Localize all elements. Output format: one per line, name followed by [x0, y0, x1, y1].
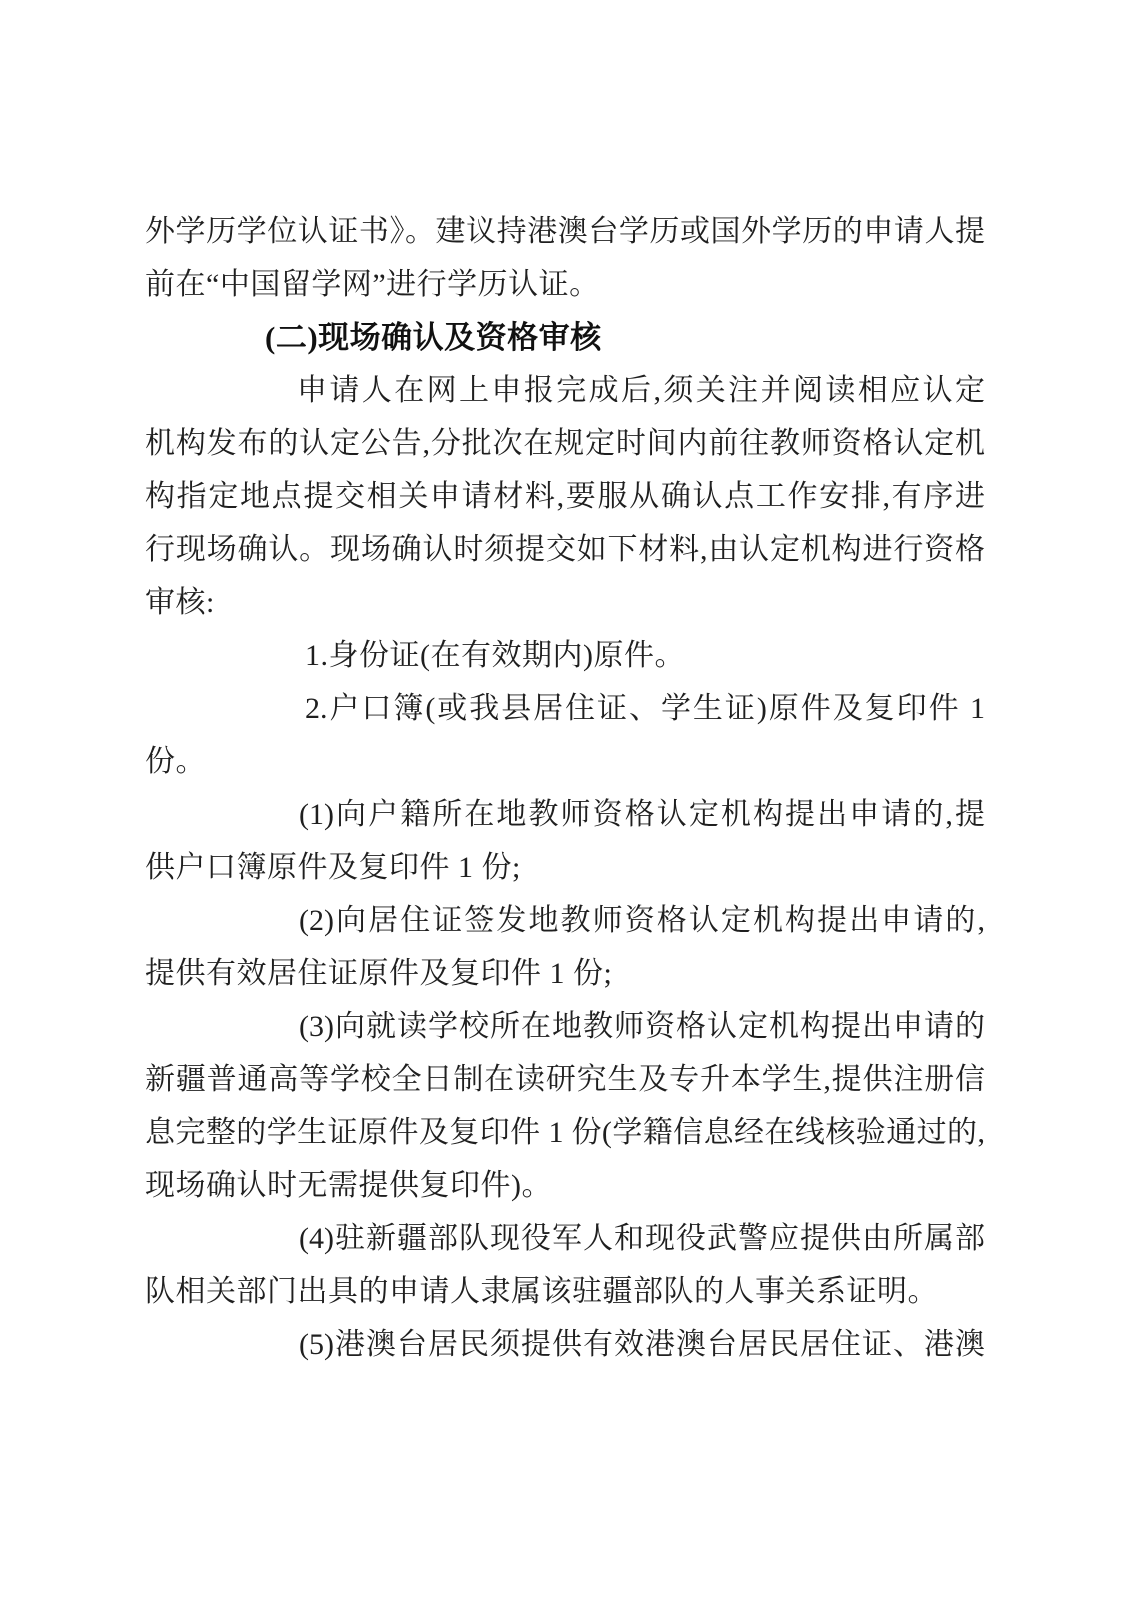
- text-line: 审核:: [145, 576, 985, 629]
- text-line: (1)向户籍所在地教师资格认定机构提出申请的,提: [145, 788, 985, 841]
- text-line: (5)港澳台居民须提供有效港澳台居民居住证、港澳: [145, 1318, 985, 1371]
- text-line: 前在“中国留学网”进行学历认证。: [145, 258, 985, 311]
- text-line: 申请人在网上申报完成后,须关注并阅读相应认定: [145, 364, 985, 417]
- text-line: (4)驻新疆部队现役军人和现役武警应提供由所属部: [145, 1212, 985, 1265]
- text-line: 2.户口簿(或我县居住证、学生证)原件及复印件 1: [145, 682, 985, 735]
- text-line: 供户口簿原件及复印件 1 份;: [145, 841, 985, 894]
- text-line: 外学历学位认证书》。建议持港澳台学历或国外学历的申请人提: [145, 205, 985, 258]
- text-line: (3)向就读学校所在地教师资格认定机构提出申请的: [145, 1000, 985, 1053]
- text-line: 行现场确认。现场确认时须提交如下材料,由认定机构进行资格: [145, 523, 985, 576]
- text-line: 现场确认时无需提供复印件)。: [145, 1159, 985, 1212]
- text-line: 机构发布的认定公告,分批次在规定时间内前往教师资格认定机: [145, 417, 985, 470]
- text-line: 息完整的学生证原件及复印件 1 份(学籍信息经在线核验通过的,: [145, 1106, 985, 1159]
- text-line: (2)向居住证签发地教师资格认定机构提出申请的,: [145, 894, 985, 947]
- text-line: 构指定地点提交相关申请材料,要服从确认点工作安排,有序进: [145, 470, 985, 523]
- text-line: 份。: [145, 735, 985, 788]
- text-line: 提供有效居住证原件及复印件 1 份;: [145, 947, 985, 1000]
- text-line: 1.身份证(在有效期内)原件。: [145, 629, 985, 682]
- text-line: 队相关部门出具的申请人隶属该驻疆部队的人事关系证明。: [145, 1265, 985, 1318]
- text-line: 新疆普通高等学校全日制在读研究生及专升本学生,提供注册信: [145, 1053, 985, 1106]
- document-page: 外学历学位认证书》。建议持港澳台学历或国外学历的申请人提前在“中国留学网”进行学…: [0, 0, 1131, 1600]
- section-heading: (二)现场确认及资格审核: [145, 311, 985, 364]
